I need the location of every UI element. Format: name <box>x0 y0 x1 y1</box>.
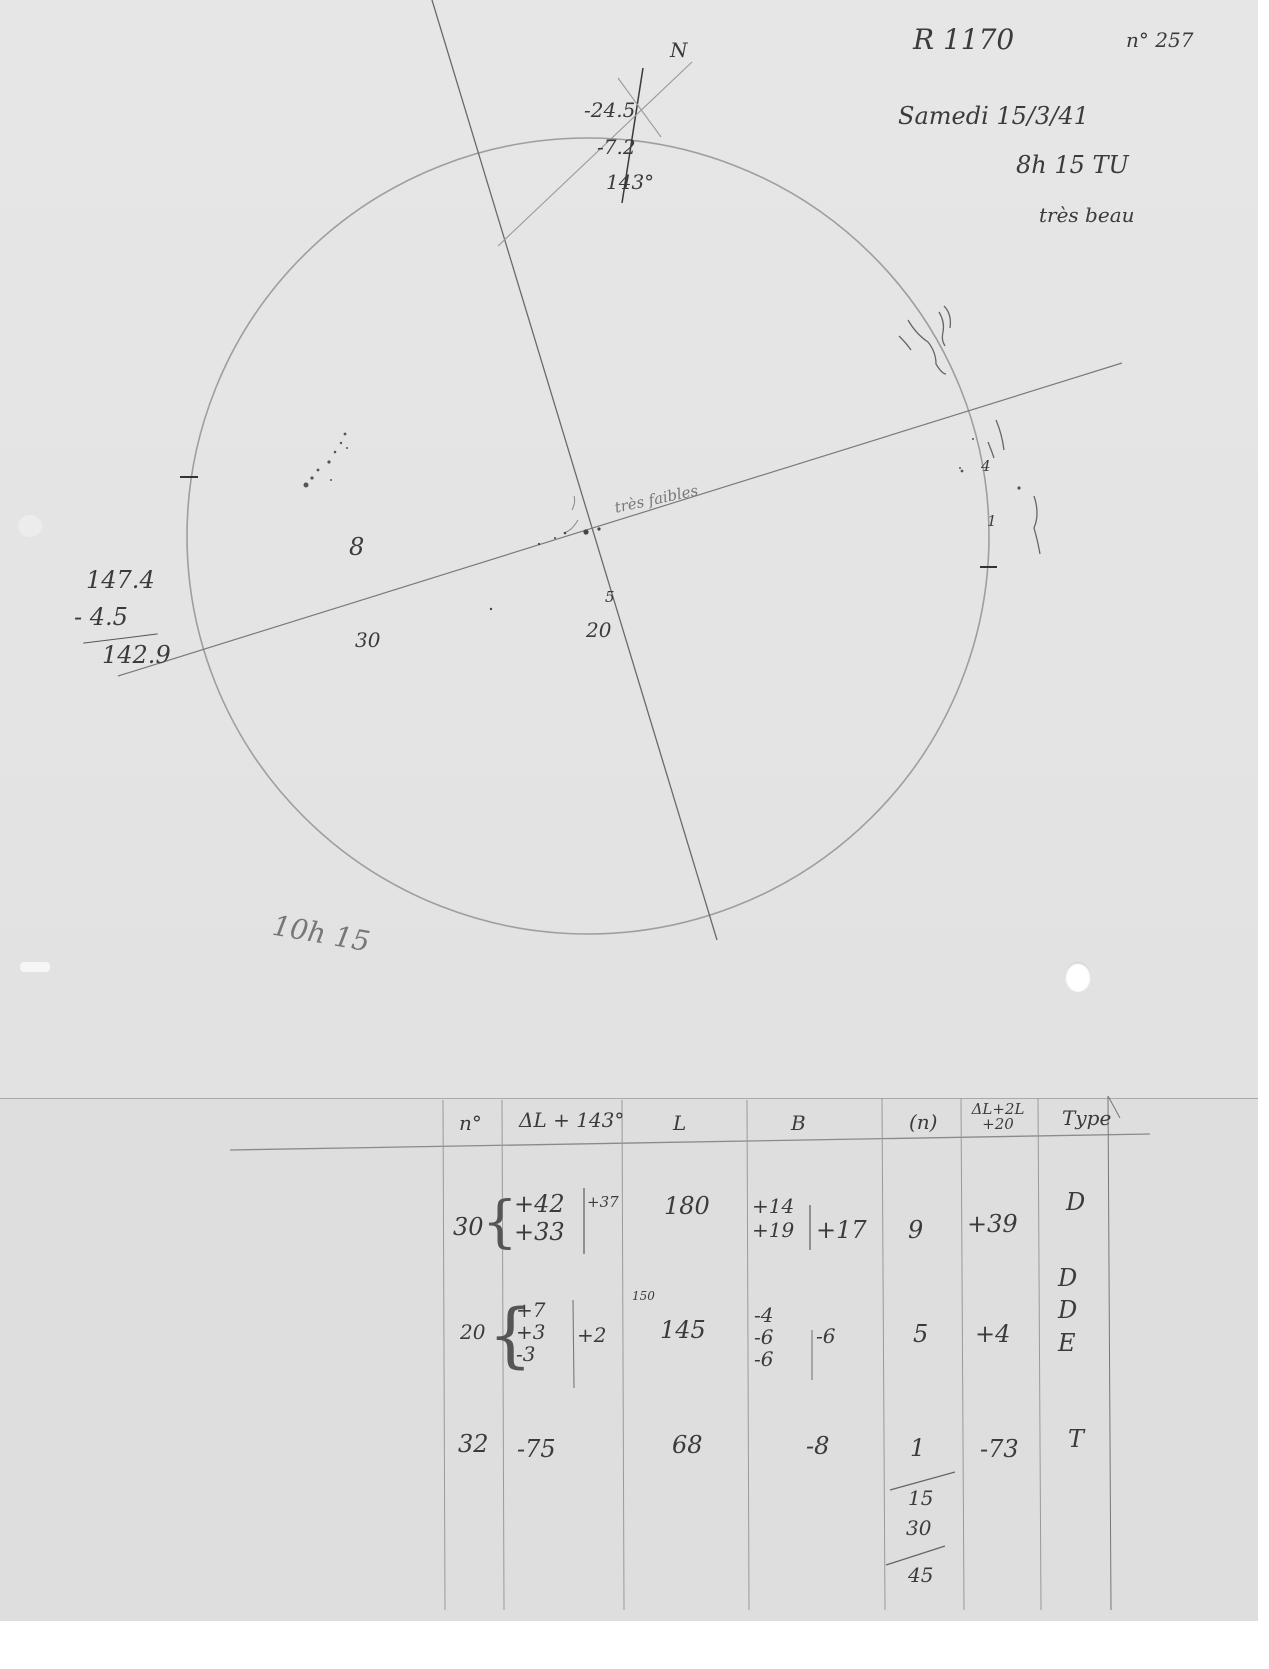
cell-type: D <box>1066 1190 1085 1214</box>
col-header-number: n° <box>459 1113 482 1133</box>
brace-icon: { <box>482 1195 518 1251</box>
col-header-delta-l2: ΔL+2L +20 <box>963 1102 1033 1132</box>
cell-b-values: +14 +19 <box>752 1196 794 1240</box>
col-header-b: B <box>791 1113 806 1133</box>
cell-delta-l-values: +7 +3 -3 <box>516 1300 545 1364</box>
cell-b-values: -8 <box>806 1434 829 1458</box>
cell-delta-l-values: +42 +33 <box>514 1192 565 1244</box>
count-sum-b: 30 <box>906 1518 931 1538</box>
cell-b-values: -4 -6 -6 <box>754 1305 773 1369</box>
count-sum-a: 15 <box>908 1488 933 1508</box>
cell-delta-l-mean: +2 <box>577 1325 606 1345</box>
cell-delta-l-values: -75 <box>517 1437 556 1461</box>
cell-l: 145 <box>660 1318 706 1342</box>
cell-l: 68 <box>672 1433 703 1457</box>
table-grid <box>0 0 1269 1669</box>
cell-number: 20 <box>460 1322 485 1342</box>
cell-number: 30 <box>453 1215 484 1239</box>
col-header-l: L <box>673 1113 686 1133</box>
cell-l-note: 150 <box>632 1290 655 1302</box>
cell-type: T <box>1068 1427 1084 1451</box>
col-header-type: Type <box>1062 1108 1111 1128</box>
cell-count: 9 <box>908 1218 923 1242</box>
cell-delta-l-mean: +37 <box>587 1195 619 1210</box>
cell-number: 32 <box>458 1432 489 1456</box>
count-sum-total: 45 <box>908 1565 933 1585</box>
cell-l: 180 <box>664 1194 710 1218</box>
col-header-delta-l: ΔL + 143° <box>519 1110 624 1130</box>
cell-count: 5 <box>913 1322 928 1346</box>
cell-delta-l2: +39 <box>967 1212 1018 1236</box>
cell-b-mean: -6 <box>816 1326 835 1346</box>
cell-delta-l2: -73 <box>980 1437 1019 1461</box>
cell-count: 1 <box>910 1436 925 1460</box>
cell-delta-l2: +4 <box>975 1322 1010 1346</box>
col-header-count: (n) <box>909 1112 938 1132</box>
cell-type: D D E <box>1058 1262 1088 1359</box>
cell-b-mean: +17 <box>816 1218 867 1242</box>
